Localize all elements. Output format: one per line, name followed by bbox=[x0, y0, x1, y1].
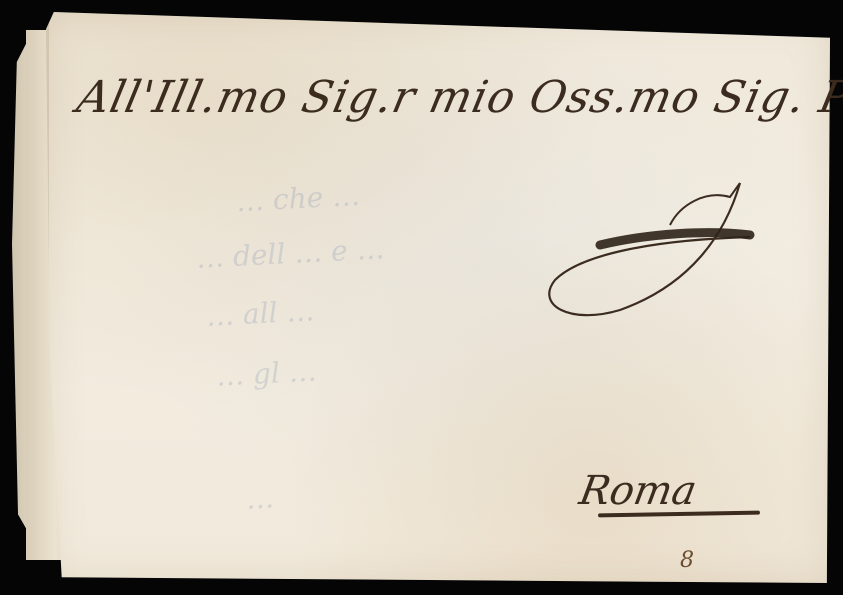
bleed-through-line: … gl … bbox=[215, 354, 317, 392]
bleed-through-line: … che … bbox=[235, 179, 361, 218]
address-line: All'Ill.mo Sig.r mio Oss.mo Sig. Papirio… bbox=[73, 72, 843, 123]
docket-numeral: 8 bbox=[680, 548, 694, 573]
bleed-through-line: … all … bbox=[205, 294, 315, 333]
destination-city: Roma bbox=[576, 468, 700, 514]
bleed-through-line: … bbox=[245, 481, 275, 515]
rate-mark-j bbox=[540, 175, 770, 325]
bleed-through-line: … dell … e … bbox=[195, 232, 385, 275]
